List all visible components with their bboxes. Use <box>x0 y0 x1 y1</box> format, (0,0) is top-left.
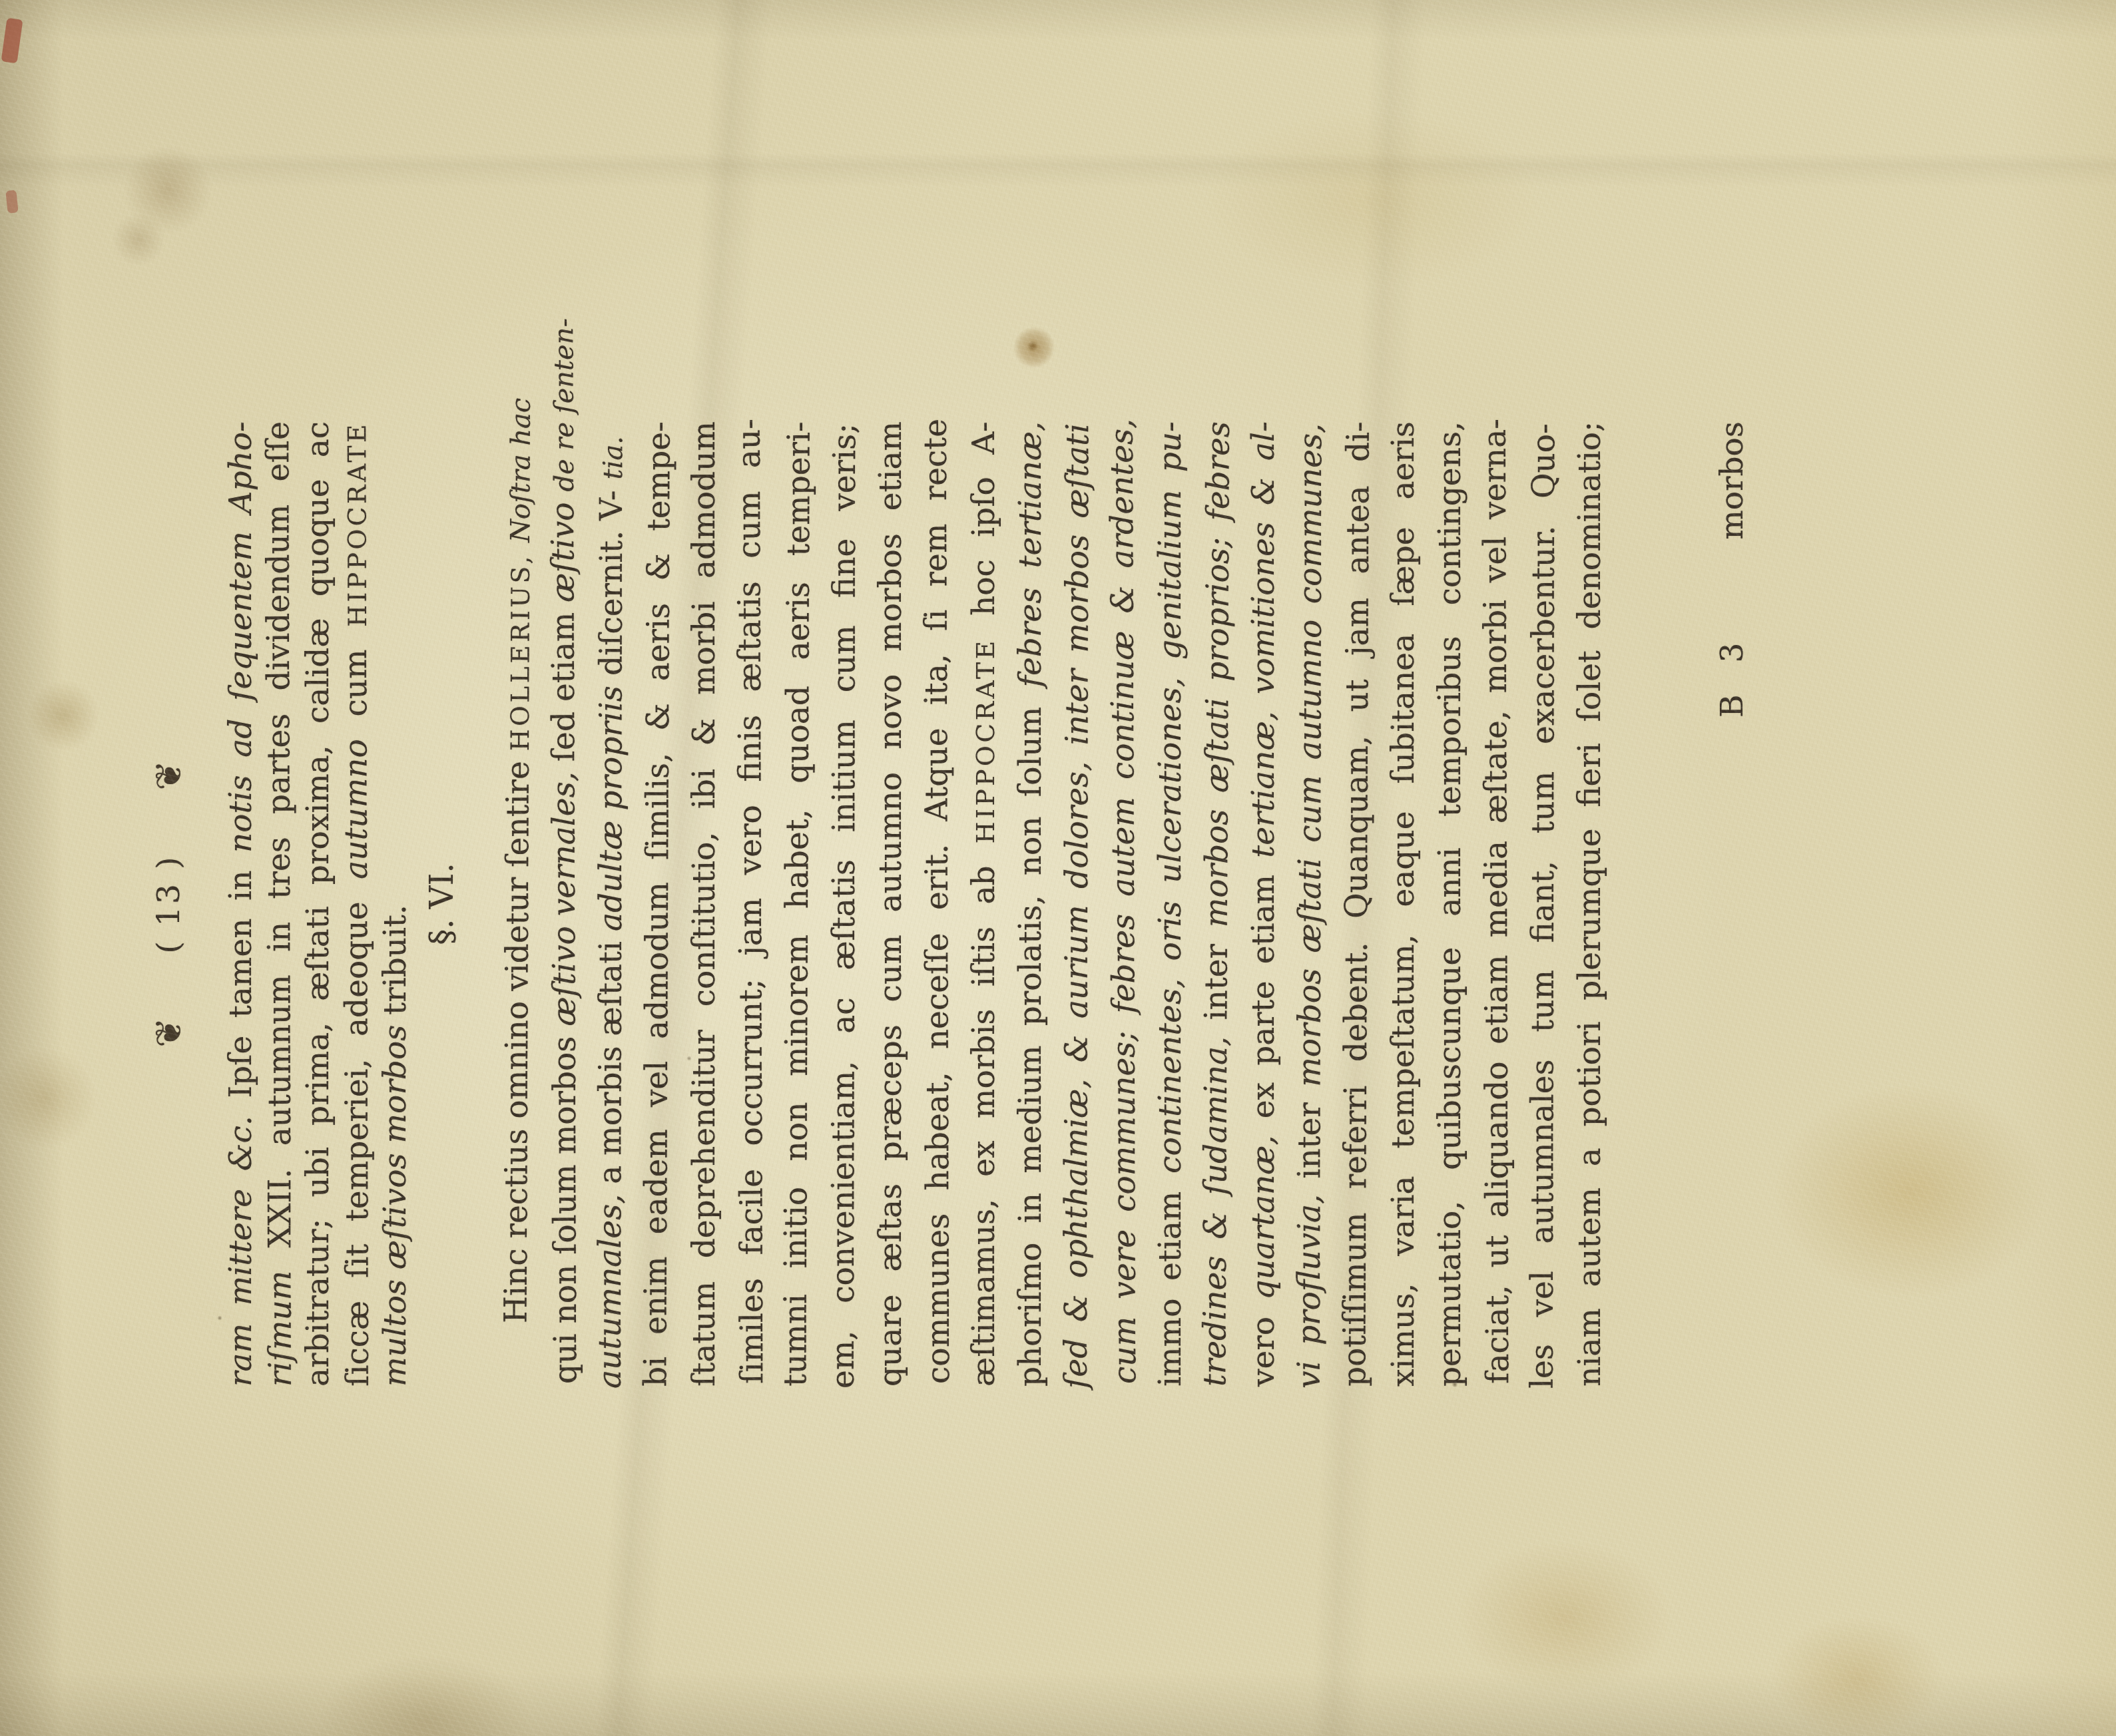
text-segment: cum vere communes; febres autem continuæ… <box>1104 419 1144 1384</box>
text-segment: hoc ipſo A- <box>965 421 1002 638</box>
text-line: potiſſimum referri debent. Quanquam, ut … <box>1332 421 1382 1387</box>
text-segment: HIPPOCRATE <box>342 421 372 627</box>
text-segment: faciat, ut aliquando etiam media æſtate,… <box>1477 419 1517 1384</box>
text-line: Hinc rectius omnino videtur ſentire HOLL… <box>493 421 543 1387</box>
text-segment: cum <box>338 627 374 717</box>
margin-note: de re ſenten- <box>549 318 580 503</box>
text-segment: XXII. autumnum in tres partes dividendum… <box>260 421 298 1248</box>
text-segment: vi profluvia, <box>1291 1179 1328 1389</box>
text-segment: ex parte etiam <box>1245 858 1282 1119</box>
text-line: arbitratur; ubi prima, æſtati proxima, c… <box>299 421 338 1387</box>
text-line: quare æſtas præceps cum autumno novo mor… <box>868 421 914 1387</box>
text-segment: niam autem a potiori plerumque fieri ſol… <box>1571 421 1608 1387</box>
text-segment: ſed & ophthalmiæ, & aurium dolores, inte… <box>1058 423 1097 1389</box>
text-segment: immo etiam <box>1152 1174 1189 1387</box>
text-line: tumni initio non minorem habet, quoad ae… <box>772 421 823 1387</box>
text-segment: æſtivo <box>545 502 581 602</box>
text-segment: morbos æſtati cum autumno communes, <box>1292 423 1330 1087</box>
text-segment: autumnales, <box>592 1184 629 1389</box>
footer-row: B 3 morbos <box>1712 421 1753 1387</box>
text-line: riſmum XXII. autumnum in tres partes div… <box>259 421 300 1387</box>
running-header: ❦ ( 13 ) ❦ <box>150 421 188 1387</box>
printer-ornament-icon: ❦ <box>150 1017 188 1047</box>
text-segment: arbitratur; ubi prima, æſtati proxima, c… <box>300 421 336 1387</box>
text-segment: vero <box>1245 1300 1282 1387</box>
text-segment: morbos æſtati proprios; febres <box>1198 421 1237 928</box>
text-segment: permutatio, quibuscunque anni temporibus… <box>1432 421 1468 1387</box>
text-segment: quartanæ, <box>1245 1118 1282 1299</box>
text-line: vi profluvia, inter morbos æſtati cum au… <box>1286 423 1335 1389</box>
text-segment: ſimiles facile occurrunt; jam vero finis… <box>731 419 771 1384</box>
text-line: bi enim eadem vel admodum ſimilis, & aer… <box>633 421 683 1387</box>
printer-ornament-icon: ❦ <box>150 760 188 790</box>
paragraph-1: ram mittere &c. Ipſe tamen in notis ad ſ… <box>222 421 415 1387</box>
text-line: tredines & ſudamina, inter morbos æſtati… <box>1192 421 1242 1387</box>
text-segment: autumno <box>338 717 375 879</box>
text-line: qui non ſolum morbos æſtivo vernales, ſe… <box>540 419 590 1384</box>
text-segment: æſtivo vernales, <box>545 761 583 1026</box>
text-segment: em, convenientiam, ac æſtatis initium cu… <box>825 423 864 1389</box>
text-line: phoriſmo in medium prolatis, non ſolum f… <box>1007 421 1054 1387</box>
text-segment: inter <box>1291 1087 1328 1179</box>
text-segment: ſtatum deprehenditur conſtitutio, ibi & … <box>686 421 722 1387</box>
text-line: cum vere communes; febres autem continuæ… <box>1099 419 1149 1384</box>
text-segment: continentes, oris ulcerationes, genitali… <box>1152 421 1189 1174</box>
text-segment: adultæ propriis <box>593 676 630 931</box>
margin-note: tia. <box>598 436 629 490</box>
text-line: immo etiam continentes, oris ulceratione… <box>1147 421 1194 1387</box>
text-segment: ſiccæ ſit temperiei, adeoque <box>338 879 376 1387</box>
text-segment: bi enim eadem vel admodum ſimilis, & aer… <box>637 421 678 1387</box>
text-line: ſtatum deprehenditur conſtitutio, ibi & … <box>681 421 728 1387</box>
text-segment: tribuit. <box>377 905 413 1015</box>
text-segment: Hinc rectius omnino videtur ſentire <box>498 751 537 1323</box>
text-segment: ſed etiam <box>545 602 583 762</box>
text-line: niam autem a potiori plerumque fieri ſol… <box>1567 421 1613 1387</box>
text-segment: potiſſimum referri debent. Quanquam, ut … <box>1336 421 1377 1387</box>
book-page-scan: ❦ ( 13 ) ❦ ram mittere &c. Ipſe tamen in… <box>0 0 2116 1736</box>
text-line: permutatio, quibuscunque anni temporibus… <box>1427 421 1473 1387</box>
text-segment: tertianæ, vomitiones & al- <box>1245 421 1282 858</box>
text-segment: qui non ſolum morbos <box>547 1026 585 1385</box>
text-segment: ximus, varia tempeſtatum, eaque ſubitane… <box>1385 421 1422 1387</box>
section-heading: §. VI. <box>421 421 463 1387</box>
text-line: ram mittere &c. Ipſe tamen in notis ad ſ… <box>222 421 260 1387</box>
text-line: ximus, varia tempeſtatum, eaque ſubitane… <box>1380 421 1427 1387</box>
text-segment: notis ad ſequentem Apho- <box>222 421 259 853</box>
text-segment: multos æſtivos morbos <box>377 1015 413 1387</box>
text-segment: quare æſtas præceps cum autumno novo mor… <box>872 421 909 1387</box>
text-line: em, convenientiam, ac æſtatis initium cu… <box>820 423 869 1389</box>
text-segment: a morbis æſtati <box>592 931 629 1184</box>
text-line: faciat, ut aliquando etiam media æſtate,… <box>1472 419 1522 1384</box>
text-line: ſimiles facile occurrunt; jam vero finis… <box>726 419 776 1384</box>
text-segment: inter <box>1198 927 1235 1020</box>
text-segment: diſcernit. V- <box>593 490 630 676</box>
text-segment: æſtimamus, ex morbis iſtis ab <box>965 843 1002 1387</box>
text-line: æſtimamus, ex morbis iſtis ab HIPPOCRATE… <box>961 421 1007 1387</box>
text-line: multos æſtivos morbos tribuit. <box>376 421 415 1387</box>
text-line: ſiccæ ſit temperiei, adeoque autumno cum… <box>336 421 378 1387</box>
text-segment: tumni initio non minorem habet, quoad ae… <box>777 421 818 1387</box>
text-line: les vel autumnales tum fiant, tum exacer… <box>1519 423 1568 1389</box>
text-segment: tredines & ſudamina, <box>1196 1020 1234 1387</box>
text-segment: les vel autumnales tum fiant, tum exacer… <box>1524 423 1563 1389</box>
catchword: morbos <box>1712 421 1753 540</box>
text-line: vero quartanæ, ex parte etiam tertianæ, … <box>1240 421 1287 1387</box>
text-line: ſed & ophthalmiæ, & aurium dolores, inte… <box>1053 423 1102 1389</box>
paragraph-2: Hinc rectius omnino videtur ſentire HOLL… <box>495 421 1613 1387</box>
text-segment: febres tertianæ, <box>1012 421 1049 687</box>
text-segment: HIPPOCRATE <box>971 638 1000 843</box>
signature-mark: B 3 <box>1712 632 1753 718</box>
text-segment: phoriſmo in medium prolatis, non ſolum <box>1012 687 1049 1387</box>
text-segment: HOLLERIUS, <box>505 553 535 751</box>
text-segment: riſmum <box>262 1247 299 1387</box>
scanned-page: ❦ ( 13 ) ❦ ram mittere &c. Ipſe tamen in… <box>0 0 2116 1736</box>
page-number: ( 13 ) <box>150 855 188 954</box>
text-line: autumnales, a morbis æſtati adultæ propr… <box>587 423 636 1389</box>
text-line: communes habeat, neceſſe erit. Atque ita… <box>913 419 963 1384</box>
margin-note: Noſtra hac <box>505 398 537 554</box>
text-segment: Ipſe tamen in <box>222 853 259 1098</box>
text-segment: communes habeat, neceſſe erit. Atque ita… <box>918 419 957 1384</box>
text-segment: ram mittere &c. <box>222 1098 259 1387</box>
